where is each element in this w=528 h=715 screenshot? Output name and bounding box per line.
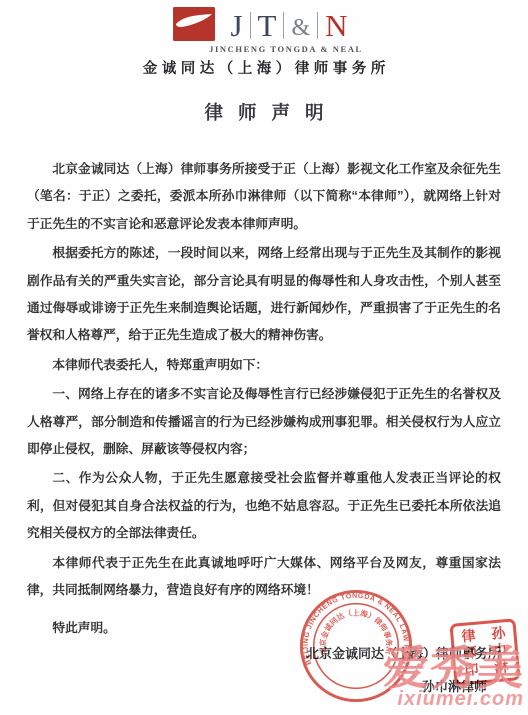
logo-letters: J T & N <box>223 7 354 41</box>
statement-paragraph: 二、作为公众人物，于正先生愿意接受社会监督并尊重他人发表正当评论的权利，但对侵犯… <box>27 465 501 547</box>
page-title: 律师声明 <box>0 99 528 125</box>
firm-logo: J T & N <box>0 7 528 41</box>
watermark-domain: ixiumei.com <box>383 688 524 711</box>
logo-letter-t: T <box>251 11 284 41</box>
logo-letter-n: N <box>318 11 354 41</box>
statement-body: 北京金诚同达（上海）律师事务所接受于正（上海）影视文化工作室及余征先生（笔名：于… <box>27 156 501 644</box>
statement-paragraph: 根据委托方的陈述，一段时间以来，网络上经常出现与于正先生及其制作的影视剧作品有关… <box>27 240 501 350</box>
site-watermark: 爱秀美 ixiumei.com <box>383 644 524 711</box>
logo-letter-amp: & <box>284 15 317 41</box>
statement-paragraph: 本律师代表委托人，特郑重声明如下： <box>27 352 501 379</box>
statement-paragraph: 北京金诚同达（上海）律师事务所接受于正（上海）影视文化工作室及余征先生（笔名：于… <box>27 156 501 238</box>
logo-subtext: JINCHENG TONGDA & NEAL <box>44 44 528 54</box>
statement-paragraphs: 北京金诚同达（上海）律师事务所接受于正（上海）影视文化工作室及余征先生（笔名：于… <box>27 156 501 605</box>
document-page: J T & N JINCHENG TONGDA & NEAL 金诚同达（上海）律… <box>0 0 528 715</box>
firm-name-cn: 金诚同达（上海）律师事务所 <box>0 57 528 78</box>
closing-line: 特此声明。 <box>27 615 501 642</box>
statement-paragraph: 本律师代表于正先生在此真诚地呼吁广大媒体、网络平台及网友，尊重国家法律，共同抵制… <box>27 550 501 605</box>
logo-letter-j: J <box>223 11 249 41</box>
watermark-logo-text: 爱秀美 <box>383 644 524 692</box>
statement-paragraph: 一、网络上存在的诸多不实言论及侮辱性言行已经涉嫌侵犯于正先生的名誉权及人格尊严，… <box>27 381 501 463</box>
logo-brush-square-icon <box>173 7 215 41</box>
